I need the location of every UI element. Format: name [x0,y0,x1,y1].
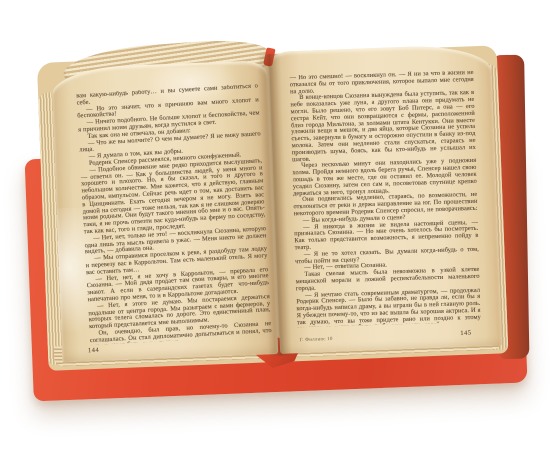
left-page: вам какую-нибудь работу… и вы сумеете са… [51,60,278,362]
left-page-text: вам какую-нибудь работу… и вы сумеете са… [76,83,272,345]
left-page-number: 144 [88,347,100,354]
right-page-footer: Г. Филлипс 10 145 [300,330,472,344]
paragraph: — Я мечтаю стать современным драматургом… [296,287,481,327]
paragraph: В конце-концов Сюзанна вынуждена была ус… [290,90,476,163]
right-page: — Но это смешно! — воскликнул он. — Я ни… [269,44,502,354]
open-book: вам какую-нибудь работу… и вы сумеете са… [18,31,531,405]
photo-background: вам какую-нибудь работу… и вы сумеете са… [0,0,550,450]
signature-mark: Г. Филлипс 10 [300,337,333,343]
paragraph: — Подобное обвинение мне редко приходитс… [80,158,266,236]
right-page-number: 145 [460,330,472,337]
right-page-text: — Но это смешно! — воскликнул он. — Я ни… [290,70,481,327]
